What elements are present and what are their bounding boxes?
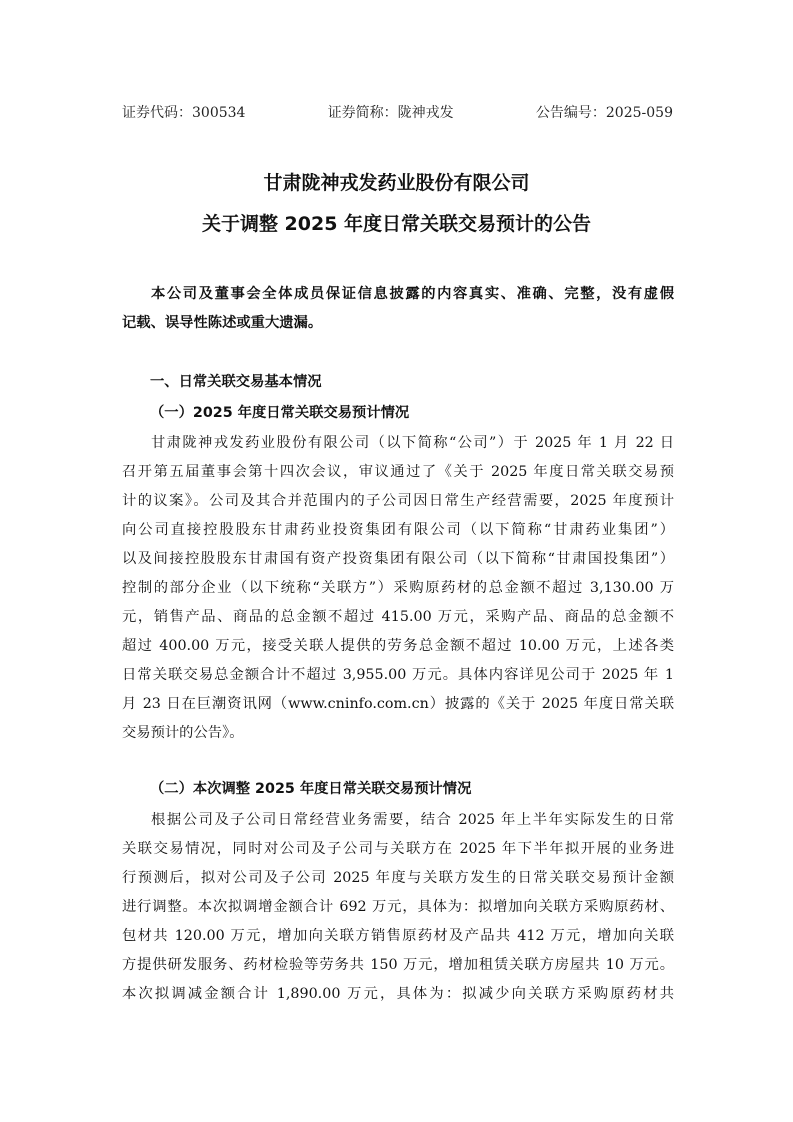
subsection-heading-1: （一）2025 年度日常关联交易预计情况 (150, 402, 409, 422)
announcement-title: 关于调整 2025 年度日常关联交易预计的公告 (0, 209, 793, 236)
stock-code: 证券代码：300534 (122, 102, 245, 122)
paragraph-line: 行预测后，拟对公司及子公司 2025 年度与关联方发生的日常关联交易预计金额 (122, 864, 674, 893)
paragraph-annual-estimate: 甘肃陇神戎发药业股份有限公司（以下简称“公司”）于 2025 年 1 月 22 … (122, 429, 674, 748)
section-heading-1: 一、日常关联交易基本情况 (150, 371, 322, 391)
paragraph-line: 计的议案》。公司及其合并范围内的子公司因日常生产经营需要，2025 年度预计 (122, 487, 674, 516)
paragraph-line: 本次拟调减金额合计 1,890.00 万元，具体为：拟减少向关联方采购原药材共 (122, 980, 674, 1009)
paragraph-line: 月 23 日在巨潮资讯网（www.cninfo.com.cn）披露的《关于 20… (122, 690, 674, 719)
paragraph-line: 甘肃陇神戎发药业股份有限公司（以下简称“公司”）于 2025 年 1 月 22 … (122, 429, 674, 458)
paragraph-line: 进行调整。本次拟调增金额合计 692 万元，具体为：拟增加向关联方采购原药材、 (122, 893, 674, 922)
paragraph-line: 根据公司及子公司日常经营业务需要，结合 2025 年上半年实际发生的日常 (122, 806, 674, 835)
company-title: 甘肃陇神戎发药业股份有限公司 (0, 168, 793, 195)
paragraph-line: 方提供研发服务、药材检验等劳务共 150 万元，增加租赁关联方房屋共 10 万元… (122, 951, 674, 980)
statement-line: 记载、误导性陈述或重大遗漏。 (122, 309, 674, 338)
paragraph-line: 超过 400.00 万元，接受关联人提供的劳务总金额不超过 10.00 万元，上… (122, 632, 674, 661)
paragraph-line: 元，销售产品、商品的总金额不超过 415.00 万元，采购产品、商品的总金额不 (122, 603, 674, 632)
paragraph-line: 日常关联交易总金额合计不超过 3,955.00 万元。具体内容详见公司于 202… (122, 661, 674, 690)
paragraph-adjustment: 根据公司及子公司日常经营业务需要，结合 2025 年上半年实际发生的日常 关联交… (122, 806, 674, 1009)
paragraph-line: 召开第五届董事会第十四次会议，审议通过了《关于 2025 年度日常关联交易预 (122, 458, 674, 487)
document-header: 证券代码：300534 证券简称：陇神戎发 公告编号：2025-059 (122, 102, 673, 122)
paragraph-line: 交易预计的公告》。 (122, 719, 674, 748)
disclaimer-statement: 本公司及董事会全体成员保证信息披露的内容真实、准确、完整，没有虚假 记载、误导性… (122, 280, 674, 338)
paragraph-line: 控制的部分企业（以下统称“关联方”）采购原药材的总金额不超过 3,130.00 … (122, 574, 674, 603)
statement-line: 本公司及董事会全体成员保证信息披露的内容真实、准确、完整，没有虚假 (122, 280, 674, 309)
announcement-number: 公告编号：2025-059 (536, 102, 673, 122)
stock-abbreviation: 证券简称：陇神戎发 (328, 102, 454, 122)
subsection-heading-2: （二）本次调整 2025 年度日常关联交易预计情况 (150, 778, 471, 798)
paragraph-line: 关联交易情况，同时对公司及子公司与关联方在 2025 年下半年拟开展的业务进 (122, 835, 674, 864)
paragraph-line: 以及间接控股股东甘肃国有资产投资集团有限公司（以下简称“甘肃国投集团”） (122, 545, 674, 574)
paragraph-line: 向公司直接控股股东甘肃药业投资集团有限公司（以下简称“甘肃药业集团”） (122, 516, 674, 545)
paragraph-line: 包材共 120.00 万元，增加向关联方销售原药材及产品共 412 万元，增加向… (122, 922, 674, 951)
